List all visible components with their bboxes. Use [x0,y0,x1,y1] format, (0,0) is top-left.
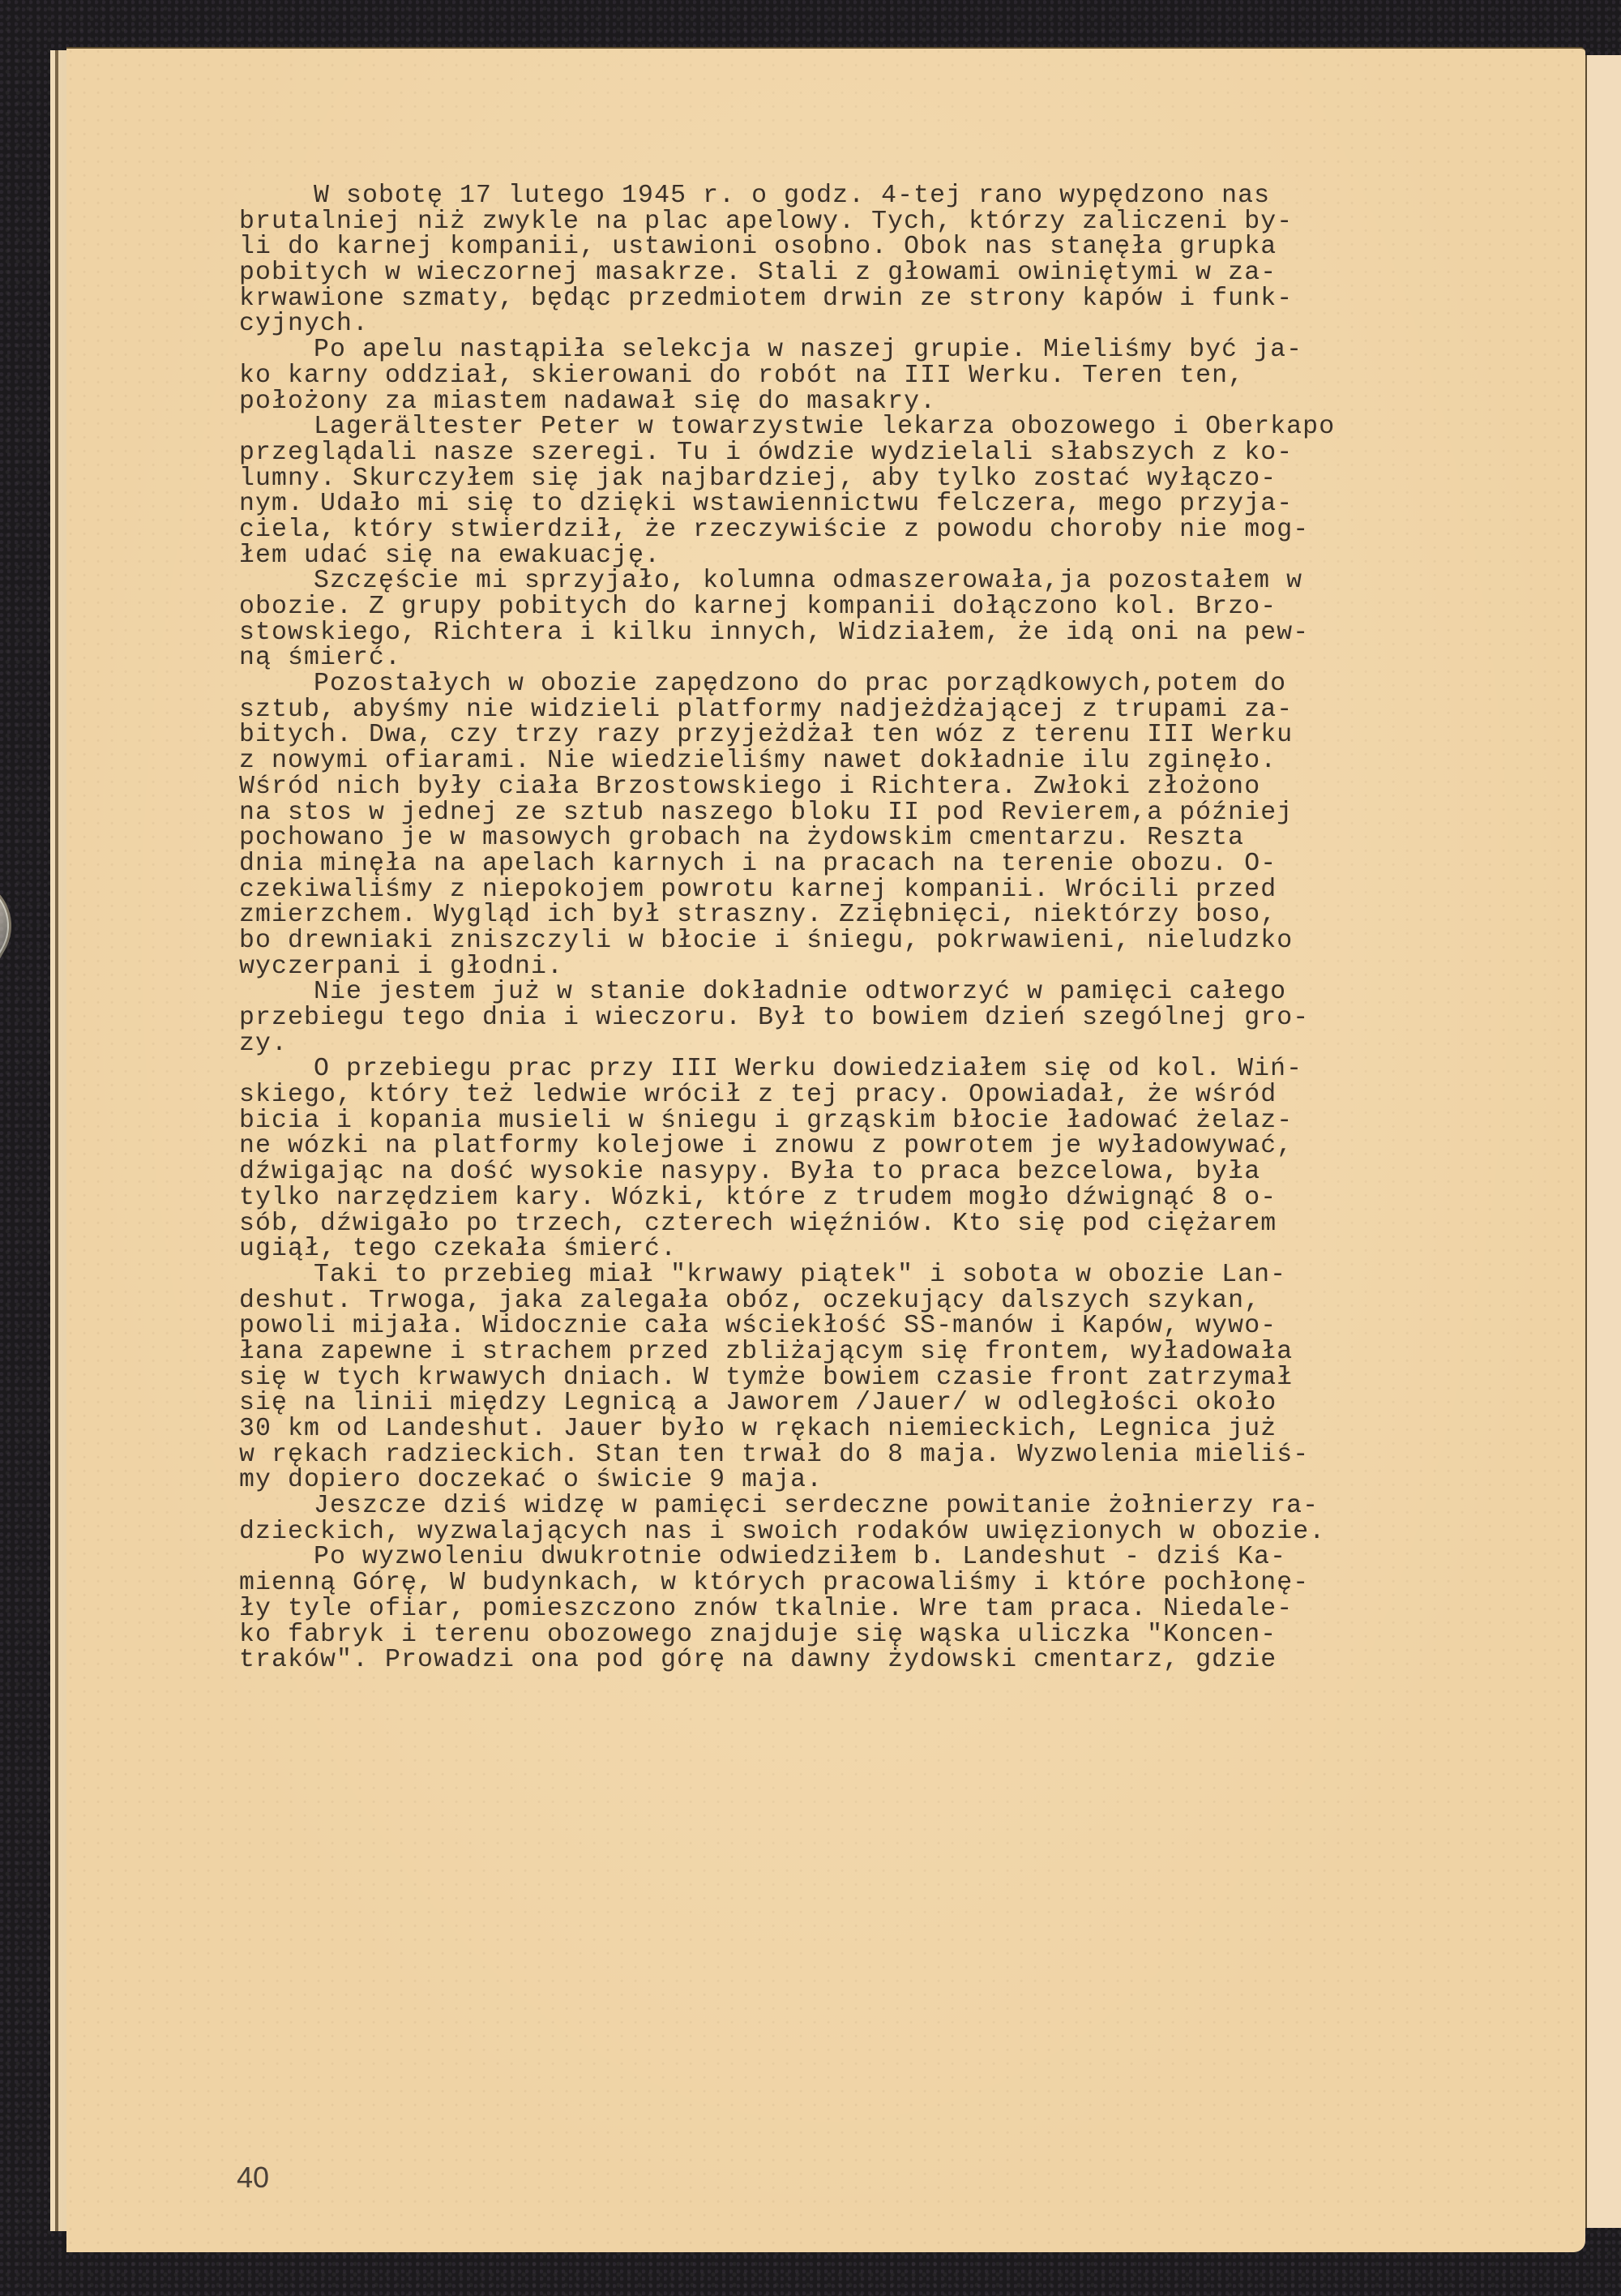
text-line: ne wózki na platformy kolejowe i znowu z… [239,1133,1617,1159]
text-line: mienną Górę, W budynkach, w których prac… [239,1570,1617,1596]
text-line: deshut. Trwoga, jaka zalegała obóz, ocze… [239,1288,1617,1314]
text-line: pochowano je w masowych grobach na żydow… [239,825,1617,851]
text-line: lumny. Skurczyłem się jak najbardziej, a… [239,466,1617,492]
text-line: W sobotę 17 lutego 1945 r. o godz. 4-tej… [239,183,1617,209]
text-line: ciela, który stwierdził, że rzeczywiście… [239,517,1617,543]
text-line: O przebiegu prac przy III Werku dowiedzi… [239,1056,1617,1082]
text-line: my dopiero doczekać o świcie 9 maja. [239,1467,1617,1493]
text-line: bitych. Dwa, czy trzy razy przyjeżdżał t… [239,722,1617,748]
text-line: Lagerältester Peter w towarzystwie lekar… [239,414,1617,440]
text-line: się w tych krwawych dniach. W tymże bowi… [239,1365,1617,1391]
text-line: Wśród nich były ciała Brzostowskiego i R… [239,774,1617,800]
paragraph: W sobotę 17 lutego 1945 r. o godz. 4-tej… [239,183,1617,337]
text-line: Jeszcze dziś widzę w pamięci serdeczne p… [239,1493,1617,1519]
text-line: łem udać się na ewakuację. [239,543,1617,569]
text-line: dnia minęła na apelach karnych i na prac… [239,851,1617,877]
text-line: zmierzchem. Wygląd ich był straszny. Zzi… [239,902,1617,928]
text-line: sztub, abyśmy nie widzieli platformy nad… [239,697,1617,723]
paragraph: Taki to przebieg miał "krwawy piątek" i … [239,1262,1617,1493]
text-line: łana zapewne i strachem przed zbliżający… [239,1339,1617,1365]
text-line: z nowymi ofiarami. Nie wiedzieliśmy nawe… [239,748,1617,774]
text-line: dzieckich, wyzwalających nas i swoich ro… [239,1519,1617,1545]
text-line: Nie jestem już w stanie dokładnie odtwor… [239,979,1617,1005]
text-line: cyjnych. [239,311,1617,337]
text-line: ugiął, tego czekała śmierć. [239,1236,1617,1262]
page-stack-edge [50,50,68,2231]
paragraph: Nie jestem już w stanie dokładnie odtwor… [239,979,1617,1056]
paragraph: Po apelu nastąpiła selekcja w naszej gru… [239,337,1617,414]
text-line: Po wyzwoleniu dwukrotnie odwiedziłem b. … [239,1544,1617,1570]
text-line: tylko narzędziem kary. Wózki, które z tr… [239,1185,1617,1211]
text-line: się na linii między Legnicą a Jaworem /J… [239,1390,1617,1416]
text-line: krwawione szmaty, będąc przedmiotem drwi… [239,286,1617,312]
text-line: wyczerpani i głodni. [239,954,1617,980]
text-line: czekiwaliśmy z niepokojem powrotu karnej… [239,877,1617,903]
text-line: przeglądali nasze szeregi. Tu i ówdzie w… [239,440,1617,466]
text-line: 30 km od Landeshut. Jauer było w rękach … [239,1416,1617,1442]
text-line: bo drewniaki zniszczyli w błocie i śnieg… [239,928,1617,954]
text-line: zy. [239,1031,1617,1057]
page-number: 40 [237,2161,269,2195]
text-line: ły tyle ofiar, pomieszczono znów tkalnie… [239,1596,1617,1622]
paragraph: O przebiegu prac przy III Werku dowiedzi… [239,1056,1617,1262]
text-line: przebiegu tego dnia i wieczoru. Był to b… [239,1005,1617,1031]
paragraph: Jeszcze dziś widzę w pamięci serdeczne p… [239,1493,1617,1544]
text-line: obozie. Z grupy pobitych do karnej kompa… [239,594,1617,620]
text-line: ko karny oddział, skierowani do robót na… [239,363,1617,389]
text-line: ko fabryk i terenu obozowego znajduje si… [239,1622,1617,1648]
text-line: dźwigając na dość wysokie nasypy. Była t… [239,1159,1617,1185]
text-line: Pozostałych w obozie zapędzono do prac p… [239,671,1617,697]
text-line: sób, dźwigało po trzech, czterech więźni… [239,1211,1617,1237]
text-line: powoli mijała. Widocznie cała wściekłość… [239,1313,1617,1339]
paragraph: Pozostałych w obozie zapędzono do prac p… [239,671,1617,979]
text-line: na stos w jednej ze sztub naszego bloku … [239,800,1617,826]
text-line: li do karnej kompanii, ustawioni osobno.… [239,234,1617,260]
text-line: stowskiego, Richtera i kilku innych, Wid… [239,620,1617,646]
paragraph: Lagerältester Peter w towarzystwie lekar… [239,414,1617,568]
bookmark-clip [0,857,29,1544]
text-line: położony za miastem nadawał się do masak… [239,389,1617,415]
text-line: traków". Prowadzi ona pod górę na dawny … [239,1647,1617,1673]
text-line: ną śmierć. [239,645,1617,671]
text-line: nym. Udało mi się to dzięki wstawiennict… [239,491,1617,517]
text-line: Szczęście mi sprzyjało, kolumna odmaszer… [239,568,1617,594]
text-line: w rękach radzieckich. Stan ten trwał do … [239,1442,1617,1468]
book-page: W sobotę 17 lutego 1945 r. o godz. 4-tej… [66,47,1585,2252]
text-line: bicia i kopania musieli w śniegu i grząs… [239,1108,1617,1134]
paragraph: Po wyzwoleniu dwukrotnie odwiedziłem b. … [239,1544,1617,1673]
text-line: skiego, który też ledwie wrócił z tej pr… [239,1082,1617,1108]
paragraph: Szczęście mi sprzyjało, kolumna odmaszer… [239,568,1617,671]
text-line: pobitych w wieczornej masakrze. Stali z … [239,260,1617,286]
text-line: brutalniej niż zwykle na plac apelowy. T… [239,209,1617,235]
text-line: Taki to przebieg miał "krwawy piątek" i … [239,1262,1617,1288]
body-text: W sobotę 17 lutego 1945 r. o godz. 4-tej… [239,183,1617,1673]
text-line: Po apelu nastąpiła selekcja w naszej gru… [239,337,1617,363]
